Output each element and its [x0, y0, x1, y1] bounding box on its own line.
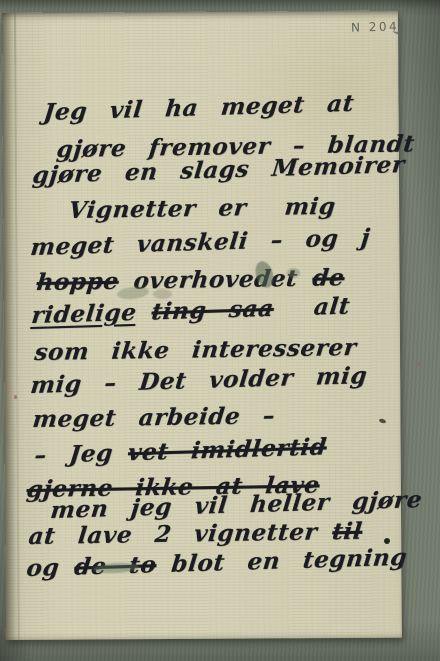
handwriting-text: at lave 2 vignetter	[27, 519, 318, 549]
manuscript-line: at lave 2 vignettertil	[27, 519, 363, 550]
handwriting-text: meget vanskeli – og j	[29, 225, 371, 260]
handwriting-text: meget arbeide –	[31, 403, 276, 432]
struck-handwriting-text: vet imidlertid	[127, 434, 328, 465]
struck-handwriting-text: til	[331, 519, 364, 545]
manuscript-line: meget vanskeli – og j	[29, 225, 371, 260]
struck-handwriting-text: de to	[73, 552, 158, 580]
handwriting-text: alt	[313, 294, 352, 320]
manuscript-line: Vignetter ermig	[67, 194, 337, 223]
handwriting-text: ridelige	[30, 300, 138, 328]
handwriting-text: mig – Det volder mig	[29, 363, 368, 398]
handwriting-text: blot en tegning	[170, 545, 408, 577]
handwriting-text: – Jeg	[33, 441, 114, 469]
manuscript-line: hoppeoverhovedetde	[35, 265, 346, 295]
handwriting-text: Jeg vil ha meget at	[42, 91, 355, 125]
handwriting-text-block: Jeg vil ha meget atgjøre fremover – blan…	[0, 0, 440, 661]
manuscript-line: – Jegvet imidlertid	[33, 434, 328, 468]
handwriting-text: og	[25, 555, 61, 581]
manuscript-line: Jeg vil ha meget at	[42, 91, 355, 125]
manuscript-line: som ikke interesserer	[33, 335, 358, 365]
manuscript-line: rideligeting saaalt	[30, 294, 351, 329]
manuscript-line: mig – Det volder mig	[29, 363, 368, 398]
handwriting-text: mig	[283, 194, 337, 220]
scanned-letter-page: N 204 Jeg vil ha meget atgjøre fremover …	[0, 0, 440, 661]
struck-handwriting-text: ting saa	[150, 296, 275, 325]
struck-handwriting-text: de	[311, 265, 346, 291]
handwriting-text: som ikke interesserer	[33, 335, 358, 365]
manuscript-line: ogde toblot en tegning	[25, 545, 408, 582]
handwriting-text: overhovedet	[132, 266, 298, 294]
manuscript-line: meget arbeide –	[31, 403, 276, 432]
struck-handwriting-text: hoppe	[35, 269, 120, 296]
handwriting-text: Vignetter er	[67, 195, 248, 223]
